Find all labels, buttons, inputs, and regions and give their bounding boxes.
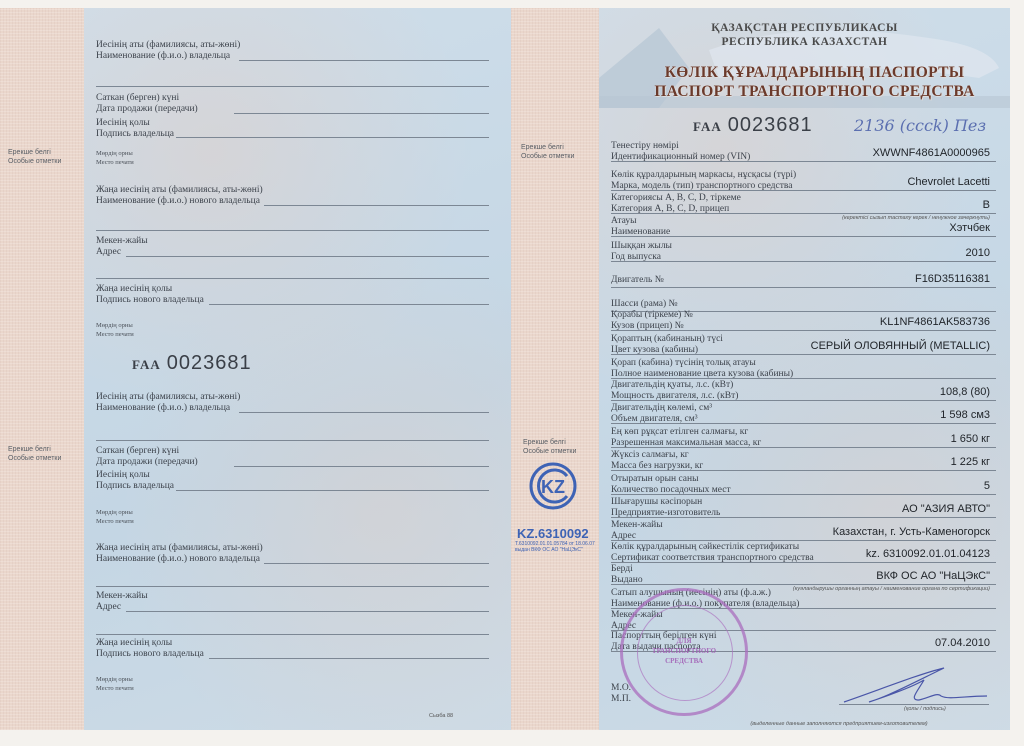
- owner-signature-field[interactable]: [176, 490, 489, 491]
- label-ru: Наименование (ф.и.о.) нового владельца: [96, 554, 263, 565]
- middle-margin-strip: Ерекше белгі Особые отметки Ерекше белгі…: [511, 8, 599, 730]
- owner-name-label: Иесінің аты (фамилиясы, аты-жөні) Наимен…: [96, 392, 240, 413]
- sale-date-field[interactable]: [234, 466, 489, 467]
- label-ru: Место печати: [96, 518, 134, 527]
- certification-details: Т.6310092.01.01.05784 от 18.06.07 выдан …: [515, 541, 595, 553]
- field-underline: [611, 584, 996, 585]
- label-kz: Мекен-жайы: [96, 236, 148, 247]
- label-kz: Иесінің қолы: [96, 470, 174, 481]
- new-owner-name-field[interactable]: [264, 563, 489, 564]
- field-label: Категориясы A, B, C, D, тіркемеКатегория…: [611, 193, 741, 214]
- new-owner-signature-label: Жаңа иесінің қолы Подпись нового владель…: [96, 638, 204, 659]
- special-marks-ru: Особые отметки: [8, 454, 61, 463]
- address-label: Мекен-жайы Адрес: [96, 236, 148, 257]
- field-value[interactable]: 1 225 кг: [951, 456, 990, 468]
- label-kz: Атауы: [611, 216, 670, 227]
- label-kz: Иесінің қолы: [96, 118, 174, 129]
- label-kz: Жаңа иесінің аты (фамилиясы, аты-жөні): [96, 185, 263, 196]
- field-underline: [611, 447, 996, 448]
- label-ru: Наименование (ф.и.о.) владельца: [96, 403, 240, 414]
- label-ru: Подпись нового владельца: [96, 295, 204, 306]
- field-underline: [611, 161, 996, 162]
- special-marks-ru: Особые отметки: [523, 447, 576, 456]
- field-underline: [611, 400, 996, 401]
- serial-digits: 0023681: [728, 114, 813, 136]
- field-note: (куәландырушы органның атауы / наименова…: [793, 586, 990, 592]
- field-value[interactable]: 1 650 кг: [951, 433, 990, 445]
- sale-date-label: Саткан (берген) күні Дата продажи (перед…: [96, 93, 198, 114]
- cert-line-2: выдан ВКФ ОС АО "НаЦЭкС": [515, 547, 595, 553]
- passport-header: ҚАЗАҚСТАН РЕСПУБЛИКАСЫ РЕСПУБЛИКА КАЗАХС…: [599, 8, 1010, 108]
- special-marks-label-2: Ерекше белгі Особые отметки: [523, 438, 576, 456]
- serial-number-left: FAA0023681: [132, 352, 252, 375]
- field-label: Тенестіру нөміріИдентификационный номер …: [611, 141, 750, 162]
- field-note: (керектісі сызып тасталу керек / ненужно…: [842, 215, 990, 221]
- label-kz: Берді: [611, 564, 643, 575]
- label-ru: Подпись владельца: [96, 481, 174, 492]
- label-ru: Двигатель №: [611, 275, 664, 286]
- field-value[interactable]: F16D35116381: [915, 273, 990, 285]
- label-kz: Тенестіру нөмірі: [611, 141, 750, 152]
- field-label: АтауыНаименование: [611, 216, 670, 237]
- label-kz: Шыққан жылы: [611, 241, 672, 252]
- label-kz: Жаңа иесінің аты (фамилиясы, аты-жөні): [96, 543, 263, 554]
- field-label: Қорабы (тіркеме) №Кузов (прицеп) №: [611, 310, 693, 331]
- left-margin-strip: Ерекше белгі Особые отметки Ерекше белгі…: [0, 8, 84, 730]
- field-underline: [611, 236, 996, 237]
- label-kz: Жүксіз салмағы, кг: [611, 450, 703, 461]
- field-underline: [611, 190, 996, 191]
- handwritten-note: 2136 (ccck) Пез: [854, 116, 986, 135]
- label-ru: М.П.: [611, 694, 631, 705]
- label-ru: Дата продажи (передачи): [96, 457, 198, 468]
- serial-prefix: FAA: [693, 119, 722, 134]
- label-kz: Қорап (кабина) түсінің толық атауы: [611, 358, 793, 369]
- owner-name-field-2[interactable]: [96, 86, 489, 87]
- label-ru: Место печати: [96, 685, 134, 694]
- field-value[interactable]: Chevrolet Lacetti: [907, 176, 990, 188]
- certification-logo-icon: KZ: [527, 460, 579, 512]
- label-kz: Саткан (берген) күні: [96, 93, 198, 104]
- field-value[interactable]: kz. 6310092.01.01.04123: [866, 548, 990, 560]
- label-kz: Отыратын орын саны: [611, 474, 731, 485]
- field-underline: [611, 287, 996, 288]
- field-underline: [611, 354, 996, 355]
- left-page: Иесінің аты (фамилиясы, аты-жөні) Наимен…: [84, 8, 511, 730]
- field-value[interactable]: АО "АЗИЯ АВТО": [902, 503, 990, 515]
- field-value[interactable]: Казахстан, г. Усть-Каменогорск: [833, 526, 990, 538]
- label-kz: Шығарушы кәсіпорын: [611, 497, 720, 508]
- owner-signature-field[interactable]: [176, 137, 489, 138]
- special-marks-kz: Ерекше белгі: [8, 445, 61, 454]
- label-kz: Мөрдің орны: [96, 150, 134, 159]
- field-value[interactable]: 108,8 (80): [940, 386, 990, 398]
- field-label: Қорап (кабина) түсінің толық атауыПолное…: [611, 358, 793, 379]
- country-title-ru: РЕСПУБЛИКА КАЗАХСТАН: [599, 36, 1010, 48]
- field-value[interactable]: ВКФ ОС АО "НаЦЭкС": [876, 570, 990, 582]
- field-label: Көлік құралдарының сәйкестілік сертифика…: [611, 542, 814, 563]
- field-underline: [611, 540, 996, 541]
- stamp-line-2: ТРАНСПОРТНОГО: [623, 647, 745, 655]
- label-kz: Жаңа иесінің қолы: [96, 638, 204, 649]
- label-kz: Қорабы (тіркеме) №: [611, 310, 693, 321]
- svg-text:KZ: KZ: [541, 477, 565, 497]
- field-label: Двигатель №: [611, 275, 664, 286]
- field-value[interactable]: KL1NF4861AK583736: [880, 316, 990, 328]
- field-underline: [611, 517, 996, 518]
- label-ru: Место печати: [96, 159, 134, 168]
- new-owner-signature-label: Жаңа иесінің қолы Подпись нового владель…: [96, 284, 204, 305]
- field-label: Шасси (рама) №: [611, 299, 678, 310]
- new-owner-name-field[interactable]: [264, 205, 489, 206]
- special-marks-kz: Ерекше белгі: [521, 143, 574, 152]
- label-ru: Наименование (ф.и.о.) владельца: [96, 51, 240, 62]
- field-label: Ең көп рұқсат етілген салмағы, кгРазреше…: [611, 427, 761, 448]
- new-owner-name-label: Жаңа иесінің аты (фамилиясы, аты-жөні) Н…: [96, 543, 263, 564]
- owner-name-field[interactable]: [239, 412, 489, 413]
- passport-title-ru: ПАСПОРТ ТРАНСПОРТНОГО СРЕДСТВА: [619, 83, 1010, 101]
- footer-note: (выделенные данные заполняются предприят…: [669, 721, 1009, 727]
- special-marks-kz: Ерекше белгі: [523, 438, 576, 447]
- field-underline: [611, 378, 996, 379]
- owner-signature-label: Иесінің қолы Подпись владельца: [96, 118, 174, 139]
- address-field-2[interactable]: [96, 634, 489, 635]
- certification-code: KZ.6310092: [517, 526, 589, 541]
- print-mark: Сызба 88: [429, 713, 453, 719]
- signature-icon: [839, 666, 989, 706]
- owner-name-field-2[interactable]: [96, 440, 489, 441]
- label-kz: Мөрдің орны: [96, 676, 134, 685]
- label-ru: Шасси (рама) №: [611, 299, 678, 310]
- address-field[interactable]: [126, 256, 489, 257]
- field-value[interactable]: 1 598 см3: [940, 409, 990, 421]
- field-value[interactable]: 5: [984, 480, 990, 492]
- field-label: БердіВыдано: [611, 564, 643, 585]
- special-marks-label-2: Ерекше белгі Особые отметки: [8, 445, 61, 463]
- vehicle-passport-sheet: Ерекше белгі Особые отметки Ерекше белгі…: [0, 8, 1010, 730]
- new-owner-signature-field[interactable]: [209, 658, 489, 659]
- field-underline: [611, 213, 996, 214]
- field-underline: [611, 562, 996, 563]
- address-label: Мекен-жайы Адрес: [96, 591, 148, 612]
- serial-number-right: FAA0023681: [693, 114, 813, 137]
- label-ru: Дата продажи (передачи): [96, 104, 198, 115]
- address-field-2[interactable]: [96, 278, 489, 279]
- signature-field[interactable]: [839, 704, 989, 705]
- label-kz: Мөрдің орны: [96, 322, 134, 331]
- address-field[interactable]: [126, 611, 489, 612]
- label-ru: Подпись владельца: [96, 129, 174, 140]
- label-kz: Жаңа иесінің қолы: [96, 284, 204, 295]
- new-owner-name-field-2[interactable]: [96, 230, 489, 231]
- field-label: Двигательдің көлемі, см³Объем двигателя,…: [611, 403, 712, 424]
- field-value[interactable]: B: [983, 199, 990, 211]
- field-underline: [611, 330, 996, 331]
- serial-digits: 0023681: [167, 352, 252, 374]
- stamp-line-1: ДЛЯ: [623, 637, 745, 645]
- field-value[interactable]: Хэтчбек: [949, 222, 990, 234]
- field-label: Жүксіз салмағы, кгМасса без нагрузки, кг: [611, 450, 703, 471]
- stamp-place-label: Мөрдің орны Место печати: [96, 509, 134, 526]
- field-label: Шығарушы кәсіпорынПредприятие-изготовите…: [611, 497, 720, 518]
- special-marks-ru: Особые отметки: [8, 157, 61, 166]
- field-underline: [611, 494, 996, 495]
- field-label: Шыққан жылыГод выпуска: [611, 241, 672, 262]
- stamp-place-label-2: Мөрдің орны Место печати: [96, 322, 134, 339]
- field-value[interactable]: 07.04.2010: [935, 637, 990, 649]
- field-label: Отыратын орын саныКоличество посадочных …: [611, 474, 731, 495]
- stamp-place-label: Мөрдің орны Место печати: [96, 150, 134, 167]
- new-owner-signature-field[interactable]: [209, 304, 489, 305]
- label-kz: Көлік құралдарының сәйкестілік сертифика…: [611, 542, 814, 553]
- special-marks-label: Ерекше белгі Особые отметки: [521, 143, 574, 161]
- stamp-place-label-2: Мөрдің орны Место печати: [96, 676, 134, 693]
- label-kz: Иесінің аты (фамилиясы, аты-жөні): [96, 392, 240, 403]
- sale-date-field[interactable]: [234, 113, 489, 114]
- field-label: Қораптың (кабинаның) түсіЦвет кузова (ка…: [611, 334, 723, 355]
- field-label: Көлік құралдарының маркасы, нұсқасы (түр…: [611, 170, 796, 191]
- special-marks-kz: Ерекше белгі: [8, 148, 61, 157]
- label-kz: Ең көп рұқсат етілген салмағы, кг: [611, 427, 761, 438]
- special-marks-label: Ерекше белгі Особые отметки: [8, 148, 61, 166]
- sale-date-label: Саткан (берген) күні Дата продажи (перед…: [96, 446, 198, 467]
- label-kz: Көлік құралдарының маркасы, нұсқасы (түр…: [611, 170, 796, 181]
- owner-signature-label: Иесінің қолы Подпись владельца: [96, 470, 174, 491]
- field-underline: [611, 470, 996, 471]
- label-kz: Иесінің аты (фамилиясы, аты-жөні): [96, 40, 240, 51]
- new-owner-name-label: Жаңа иесінің аты (фамилиясы, аты-жөні) Н…: [96, 185, 263, 206]
- field-label: Мекен-жайыАдрес: [611, 520, 663, 541]
- label-kz: Саткан (берген) күні: [96, 446, 198, 457]
- passport-title-kz: КӨЛІК ҚҰРАЛДАРЫНЫҢ ПАСПОРТЫ: [619, 64, 1010, 82]
- field-value[interactable]: XWWNF4861A0000965: [873, 147, 990, 159]
- field-label: Двигательдің қуаты, л.с. (кВт)Мощность д…: [611, 380, 738, 401]
- field-value[interactable]: СЕРЫЙ ОЛОВЯННЫЙ (METALLIC): [811, 340, 990, 352]
- new-owner-name-field-2[interactable]: [96, 586, 489, 587]
- signature-caption: (қолы / подпись): [904, 706, 946, 712]
- label-kz: Двигательдің көлемі, см³: [611, 403, 712, 414]
- field-underline: [611, 261, 996, 262]
- label-kz: Мөрдің орны: [96, 509, 134, 518]
- owner-name-label: Иесінің аты (фамилиясы, аты-жөні) Наимен…: [96, 40, 240, 61]
- label-kz: Двигательдің қуаты, л.с. (кВт): [611, 380, 738, 391]
- official-stamp: ДЛЯ ТРАНСПОРТНОГО СРЕДСТВА: [620, 588, 748, 716]
- label-ru: Место печати: [96, 331, 134, 340]
- label-kz: Қораптың (кабинаның) түсі: [611, 334, 723, 345]
- owner-name-field[interactable]: [239, 60, 489, 61]
- special-marks-ru: Особые отметки: [521, 152, 574, 161]
- label-kz: Мекен-жайы: [96, 591, 148, 602]
- field-underline: [611, 423, 996, 424]
- label-ru: Подпись нового владельца: [96, 649, 204, 660]
- label-kz: Категориясы A, B, C, D, тіркеме: [611, 193, 741, 204]
- serial-prefix: FAA: [132, 357, 161, 372]
- seal-place-label: М.О. М.П.: [611, 683, 631, 704]
- label-ru: Наименование (ф.и.о.) нового владельца: [96, 196, 263, 207]
- country-title-kz: ҚАЗАҚСТАН РЕСПУБЛИКАСЫ: [599, 22, 1010, 34]
- field-value[interactable]: 2010: [966, 247, 990, 259]
- label-kz: Мекен-жайы: [611, 520, 663, 531]
- stamp-line-3: СРЕДСТВА: [623, 657, 745, 665]
